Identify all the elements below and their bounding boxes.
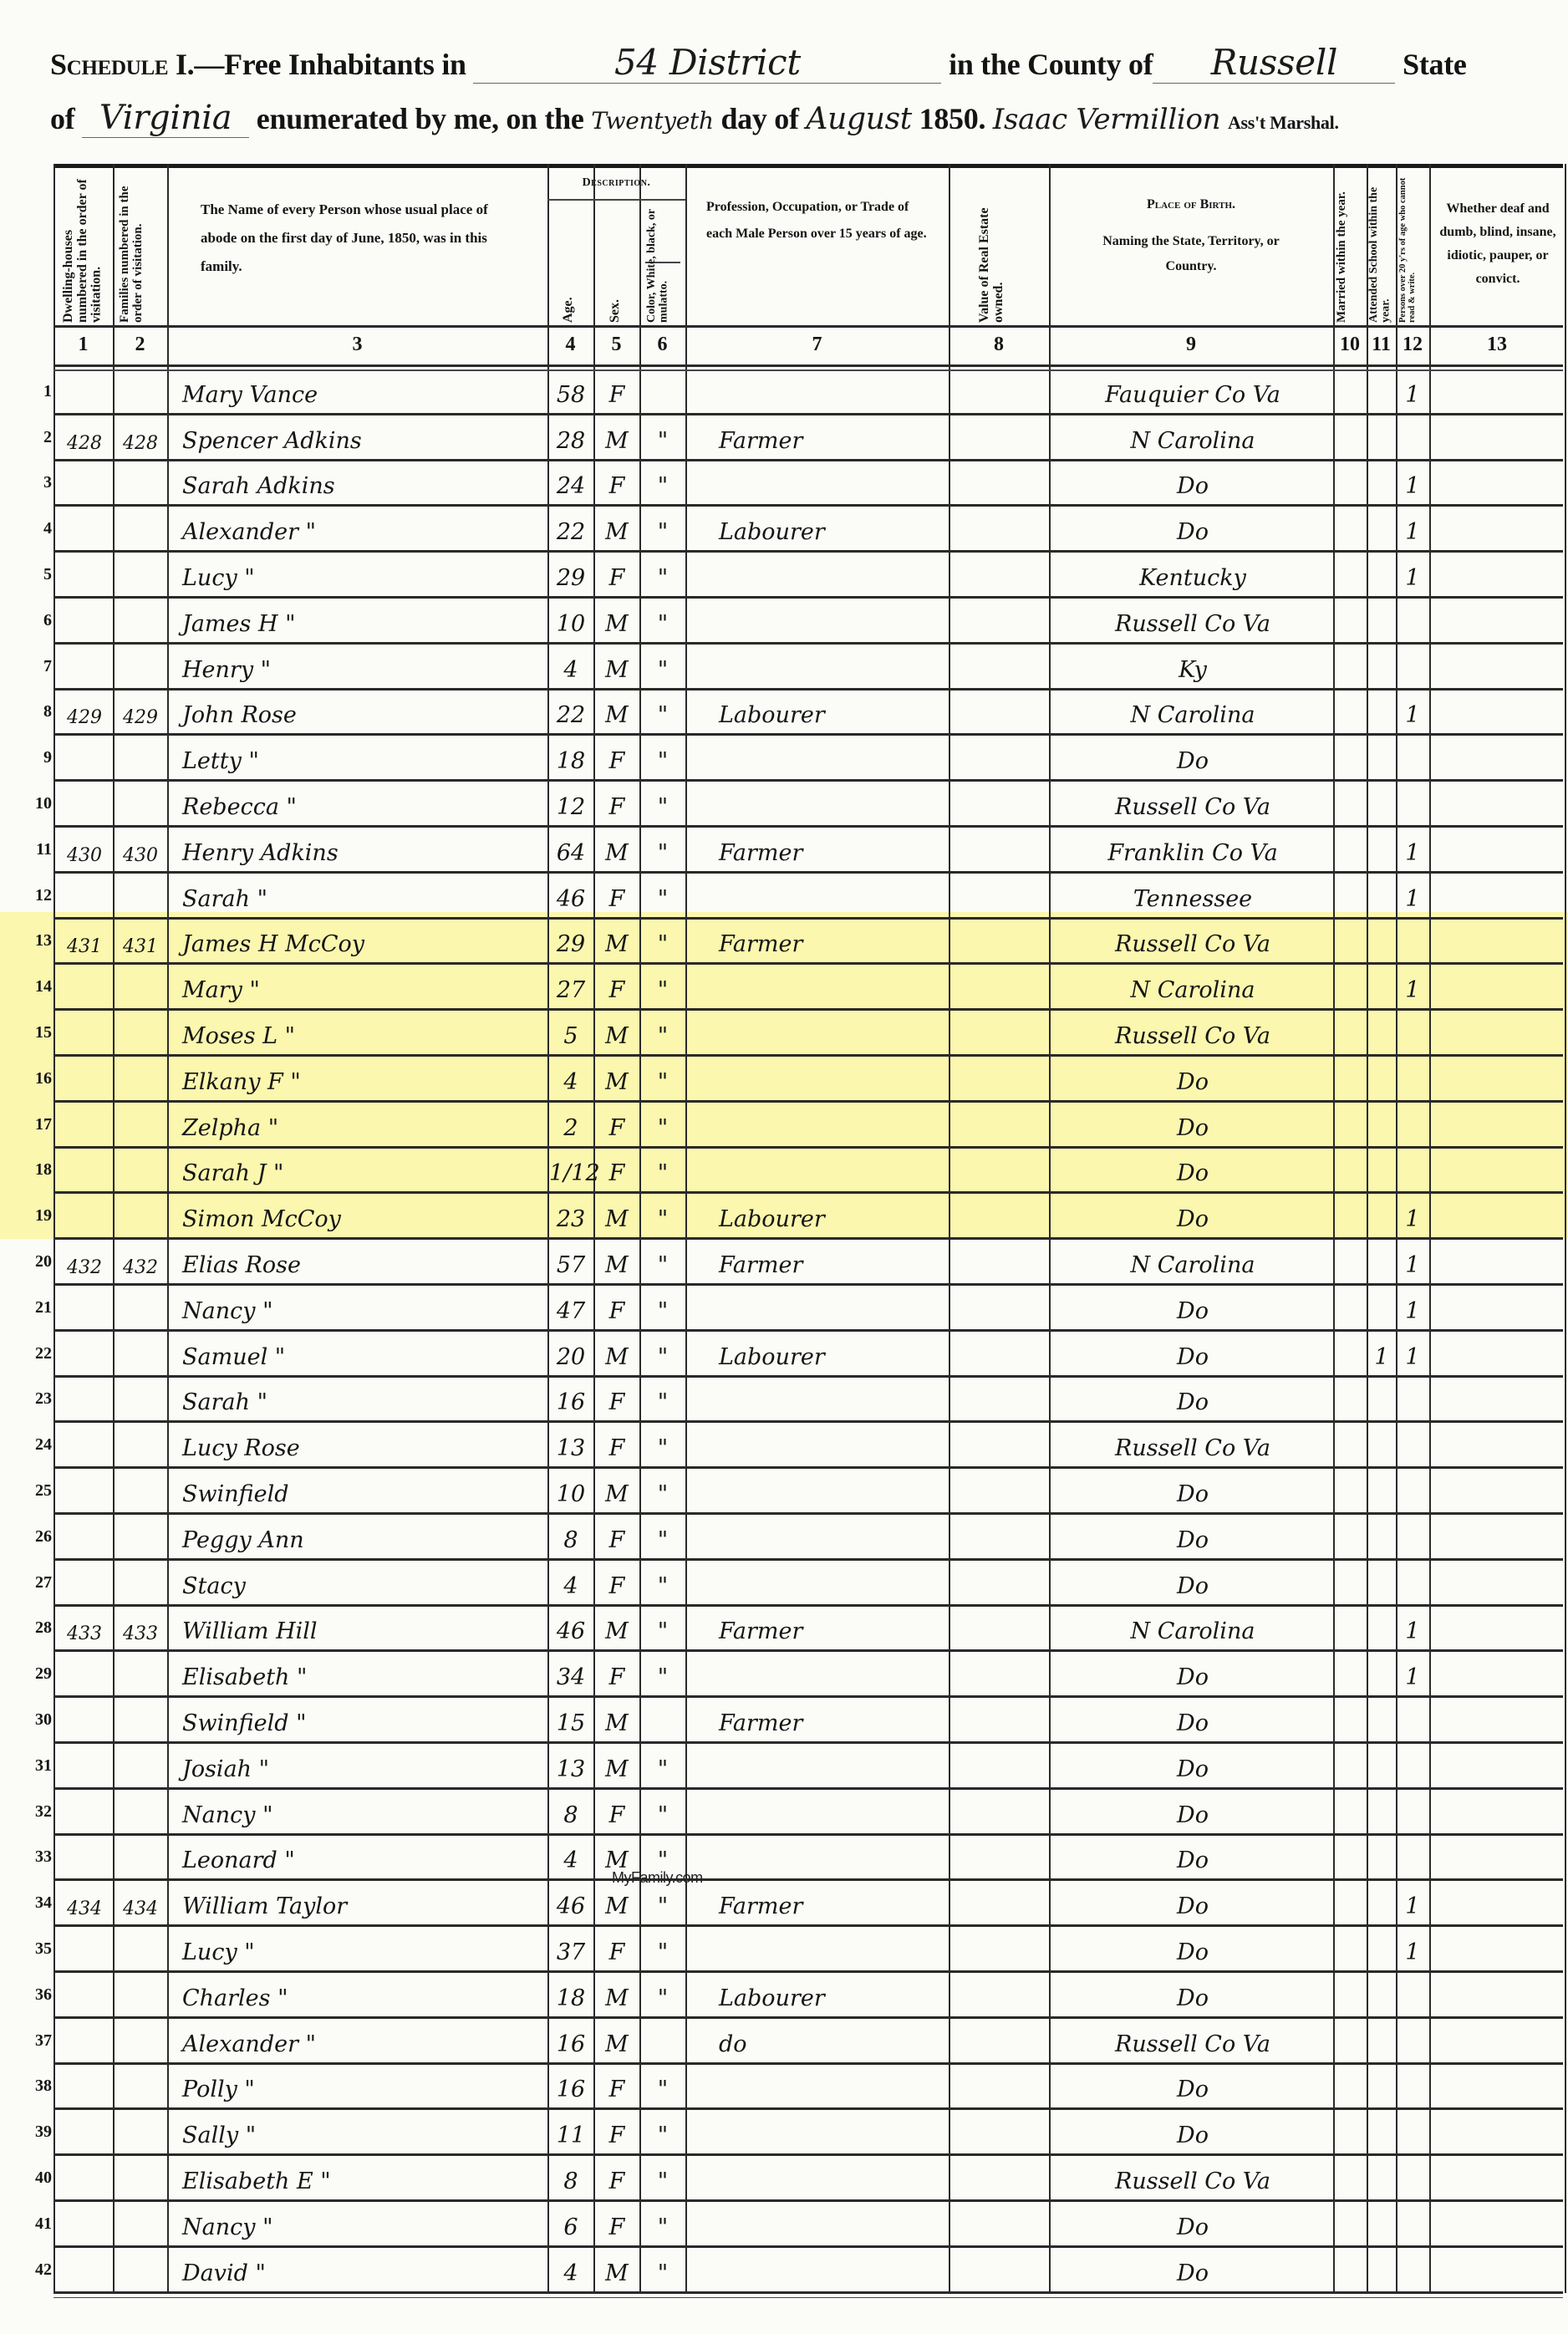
cannot-read-write: 1 (1397, 1252, 1428, 1278)
table-row: 37Alexander "16MdoRussell Co Va (0, 2016, 1568, 2062)
table-row: 30Swinfield "15MFarmerDo (0, 1695, 1568, 1741)
birthplace: Do (1055, 1206, 1331, 1232)
birthplace: Do (1055, 2077, 1331, 2102)
age: 64 (549, 840, 593, 866)
color: " (641, 2077, 685, 2102)
birthplace: Do (1055, 1985, 1331, 2011)
sex: M (595, 2031, 639, 2057)
age: 16 (549, 1389, 593, 1415)
cannot-read-write: 1 (1397, 1298, 1428, 1324)
cannot-read-write: 1 (1397, 565, 1428, 591)
line-number: 27 (2, 1573, 52, 1593)
color: " (641, 1756, 685, 1782)
person-name: Swinfield (182, 1481, 289, 1507)
age: 8 (549, 1527, 593, 1553)
occupation: Farmer (719, 1710, 802, 1736)
line-number: 29 (2, 1664, 52, 1684)
color: " (641, 1939, 685, 1965)
table-row: 39Sally "11F"Do (0, 2107, 1568, 2153)
dwelling-number: 433 (59, 1623, 110, 1644)
sex: F (595, 1115, 639, 1141)
person-name: Nancy " (182, 2214, 273, 2240)
dwelling-number: 431 (59, 936, 110, 957)
person-name: Swinfield " (182, 1710, 307, 1736)
cannot-read-write: 1 (1397, 1664, 1428, 1690)
table-row: 26Peggy Ann8F"Do (0, 1512, 1568, 1558)
dwelling-number: 428 (59, 433, 110, 454)
line-number: 13 (2, 931, 52, 950)
header-name: The Name of every Person whose usual pla… (201, 196, 527, 281)
column-number: 11 (1367, 334, 1396, 356)
year-label: 1850. (919, 102, 986, 135)
line-number: 17 (2, 1115, 52, 1134)
line-number: 10 (2, 794, 52, 813)
birthplace: Franklin Co Va (1055, 840, 1331, 866)
occupation: Farmer (719, 1252, 802, 1278)
person-name: Nancy " (182, 1298, 273, 1324)
person-name: Elias Rose (182, 1252, 301, 1278)
person-name: William Hill (182, 1618, 318, 1644)
line-number: 33 (2, 1847, 52, 1867)
person-name: Nancy " (182, 1802, 273, 1828)
age: 12 (549, 794, 593, 820)
header-description: Description. (547, 176, 685, 191)
birthplace: Do (1055, 1756, 1331, 1782)
header-married: Married within the year. (1336, 176, 1364, 323)
column-number: 8 (949, 334, 1049, 356)
age: 6 (549, 2214, 593, 2240)
sex: M (595, 931, 639, 957)
age: 28 (549, 428, 593, 454)
header-birthplace-title: Place of Birth. (1078, 196, 1304, 214)
table-row: 40Elisabeth E "8F"Russell Co Va (0, 2153, 1568, 2199)
line-number: 3 (2, 473, 52, 492)
cannot-read-write: 1 (1397, 840, 1428, 866)
person-name: Samuel " (182, 1344, 285, 1370)
age: 29 (549, 931, 593, 957)
dwelling-number: 430 (59, 845, 110, 866)
table-row: 5Lucy "29F"Kentucky1 (0, 550, 1568, 596)
line-number: 11 (2, 840, 52, 859)
color: " (641, 657, 685, 683)
line-number: 26 (2, 1527, 52, 1547)
color: " (641, 1573, 685, 1599)
age: 58 (549, 382, 593, 408)
line-number: 22 (2, 1344, 52, 1363)
table-row: 20432432Elias Rose57M"FarmerN Carolina1 (0, 1237, 1568, 1283)
person-name: James H " (182, 611, 296, 637)
age: 29 (549, 565, 593, 591)
birthplace: Do (1055, 1664, 1331, 1690)
table-row: 11430430Henry Adkins64M"FarmerFranklin C… (0, 825, 1568, 871)
county-field: Russell (1153, 42, 1395, 84)
family-number: 434 (115, 1898, 166, 1919)
occupation: Labourer (719, 1985, 825, 2011)
table-row: 12Sarah "46F"Tennessee1 (0, 871, 1568, 917)
marshal-signature: Isaac Vermillion (993, 103, 1220, 136)
birthplace: Russell Co Va (1055, 1435, 1331, 1461)
family-number: 432 (115, 1257, 166, 1278)
line-number: 28 (2, 1618, 52, 1638)
sex: F (595, 1160, 639, 1186)
table-row: 17Zelpha "2F"Do (0, 1100, 1568, 1146)
sex: M (595, 1710, 639, 1736)
column-number: 5 (593, 334, 639, 356)
table-row: 24Lucy Rose13F"Russell Co Va (0, 1420, 1568, 1466)
color: " (641, 473, 685, 499)
person-name: Henry " (182, 657, 271, 683)
day-field: Twentyeth (591, 107, 713, 135)
line-number: 5 (2, 565, 52, 584)
header-real-estate: Value of Real Estate owned. (978, 176, 1015, 323)
color: " (641, 1802, 685, 1828)
line-number: 38 (2, 2077, 52, 2096)
table-row: 18Sarah J "1/12F"Do (0, 1146, 1568, 1192)
person-name: Sarah " (182, 1389, 267, 1415)
birthplace: Do (1055, 1893, 1331, 1919)
table-row: 2428428Spencer Adkins28M"FarmerN Carolin… (0, 413, 1568, 459)
sex: M (595, 1252, 639, 1278)
age: 4 (549, 657, 593, 683)
day-of-label: day of (720, 102, 798, 135)
person-name: Mary " (182, 977, 260, 1003)
line-number: 7 (2, 657, 52, 676)
birthplace: Do (1055, 2123, 1331, 2148)
age: 20 (549, 1344, 593, 1370)
of-label: of (50, 102, 74, 135)
family-number: 433 (115, 1623, 166, 1644)
person-name: Polly " (182, 2077, 255, 2102)
table-row: 16Elkany F "4M"Do (0, 1054, 1568, 1100)
person-name: Mary Vance (182, 382, 318, 408)
person-name: Alexander " (182, 2031, 316, 2057)
table-row: 35Lucy "37F"Do1 (0, 1924, 1568, 1970)
birthplace: Do (1055, 1298, 1331, 1324)
age: 4 (549, 2260, 593, 2286)
color: " (641, 565, 685, 591)
sex: M (595, 1618, 639, 1644)
age: 57 (549, 1252, 593, 1278)
column-number: 12 (1396, 334, 1429, 356)
color: " (641, 1160, 685, 1186)
sex: F (595, 794, 639, 820)
sex: F (595, 2168, 639, 2194)
birthplace: N Carolina (1055, 1618, 1331, 1644)
column-number: 7 (685, 334, 949, 356)
district-field: 54 District (473, 42, 941, 84)
table-row: 19Simon McCoy23M"LabourerDo1 (0, 1191, 1568, 1237)
table-row: 1Mary Vance58FFauquier Co Va1 (0, 367, 1568, 413)
sex: M (595, 1756, 639, 1782)
color: " (641, 977, 685, 1003)
birthplace: Russell Co Va (1055, 1023, 1331, 1049)
line-number: 9 (2, 748, 52, 767)
person-name: Sarah J " (182, 1160, 283, 1186)
person-name: Moses L " (182, 1023, 295, 1049)
table-row: 3Sarah Adkins24F"Do1 (0, 459, 1568, 505)
header-illiterate: Persons over 20 y'rs of age who cannot r… (1398, 172, 1427, 323)
header-dwelling: Dwelling-houses numbered in the order of… (62, 172, 109, 323)
line-number: 25 (2, 1481, 52, 1501)
table-row: 15Moses L "5M"Russell Co Va (0, 1008, 1568, 1054)
family-number: 431 (115, 936, 166, 957)
header-color: Color, White, black, or mulatto. (646, 204, 681, 323)
line-number: 31 (2, 1756, 52, 1776)
sex: M (595, 1069, 639, 1095)
birthplace: Tennessee (1055, 886, 1331, 912)
person-name: Sally " (182, 2123, 256, 2148)
age: 22 (549, 519, 593, 545)
sex: F (595, 565, 639, 591)
age: 11 (549, 2123, 593, 2148)
county-label: in the County of (949, 48, 1153, 81)
birthplace: Do (1055, 1389, 1331, 1415)
color: " (641, 2260, 685, 2286)
age: 8 (549, 1802, 593, 1828)
birthplace: Fauquier Co Va (1055, 382, 1331, 408)
person-name: Alexander " (182, 519, 316, 545)
age: 18 (549, 1985, 593, 2011)
line-number: 30 (2, 1710, 52, 1730)
line-number: 4 (2, 519, 52, 538)
state-label: State (1403, 48, 1466, 81)
cannot-read-write: 1 (1397, 519, 1428, 545)
header-family: Families numbered in the order of visita… (119, 176, 162, 323)
line-number: 23 (2, 1389, 52, 1409)
color: " (641, 2123, 685, 2148)
line-number: 21 (2, 1298, 52, 1317)
person-name: Lucy " (182, 565, 255, 591)
sex: M (595, 840, 639, 866)
table-row: 31Josiah "13M"Do (0, 1741, 1568, 1787)
birthplace: Ky (1055, 657, 1331, 683)
person-name: Henry Adkins (182, 840, 339, 866)
enumerated-label: enumerated by me, on the (257, 102, 584, 135)
person-name: Zelpha " (182, 1115, 278, 1141)
age: 16 (549, 2077, 593, 2102)
person-name: Josiah " (182, 1756, 269, 1782)
age: 23 (549, 1206, 593, 1232)
birthplace: Do (1055, 1160, 1331, 1186)
line-number: 40 (2, 2168, 52, 2188)
family-number: 430 (115, 845, 166, 866)
color: " (641, 1115, 685, 1141)
birthplace: Russell Co Va (1055, 931, 1331, 957)
sex: M (595, 519, 639, 545)
age: 4 (549, 1069, 593, 1095)
row-rule (53, 2291, 1563, 2294)
person-name: Lucy Rose (182, 1435, 300, 1461)
line-number: 42 (2, 2260, 52, 2280)
person-name: Letty " (182, 748, 259, 774)
line-number: 15 (2, 1023, 52, 1042)
age: 47 (549, 1298, 593, 1324)
person-name: Lucy " (182, 1939, 255, 1965)
cannot-read-write: 1 (1397, 382, 1428, 408)
table-row: 36Charles "18M"LabourerDo (0, 1970, 1568, 2016)
color: " (641, 1985, 685, 2011)
header-school: Attended School within the year. (1368, 176, 1395, 323)
table-row: 6James H "10M"Russell Co Va (0, 596, 1568, 642)
birthplace: Do (1055, 1710, 1331, 1736)
color: " (641, 519, 685, 545)
birthplace: Do (1055, 1115, 1331, 1141)
sex: F (595, 1389, 639, 1415)
person-name: Simon McCoy (182, 1206, 341, 1232)
cannot-read-write: 1 (1397, 1206, 1428, 1232)
color: " (641, 1023, 685, 1049)
birthplace: Do (1055, 1573, 1331, 1599)
line-number: 2 (2, 428, 52, 447)
age: 4 (549, 1847, 593, 1873)
age: 37 (549, 1939, 593, 1965)
sex: F (595, 2077, 639, 2102)
cannot-read-write: 1 (1397, 473, 1428, 499)
line-number: 12 (2, 886, 52, 905)
birthplace: N Carolina (1055, 1252, 1331, 1278)
birthplace: Do (1055, 2214, 1331, 2240)
birthplace: Do (1055, 1847, 1331, 1873)
cannot-read-write: 1 (1397, 702, 1428, 728)
person-name: John Rose (182, 702, 297, 728)
color: " (641, 1389, 685, 1415)
month-field: August (806, 102, 912, 136)
person-name: William Taylor (182, 1893, 347, 1919)
line-number: 37 (2, 2031, 52, 2051)
person-name: Leonard " (182, 1847, 295, 1873)
column-number: 4 (547, 334, 593, 356)
occupation: Farmer (719, 931, 802, 957)
sex: M (595, 611, 639, 637)
table-row: 33Leonard "4M"Do (0, 1833, 1568, 1879)
dwelling-number: 432 (59, 1257, 110, 1278)
sex: M (595, 1481, 639, 1507)
table-top-rule (53, 164, 1563, 168)
birthplace: Russell Co Va (1055, 2031, 1331, 2057)
age: 16 (549, 2031, 593, 2057)
enumeration-line: of Virginia enumerated by me, on the Twe… (50, 99, 1339, 138)
table-row: 42David "4M"Do (0, 2245, 1568, 2291)
dwelling-number: 434 (59, 1898, 110, 1919)
sex: M (595, 2260, 639, 2286)
color: " (641, 1664, 685, 1690)
birthplace: Do (1055, 1939, 1331, 1965)
sex: F (595, 1664, 639, 1690)
sex: M (595, 1893, 639, 1919)
birthplace: Kentucky (1055, 565, 1331, 591)
schedule-title-line: Schedule I.—Free Inhabitants in 54 Distr… (50, 42, 1467, 84)
birthplace: Do (1055, 1527, 1331, 1553)
birthplace: Do (1055, 473, 1331, 499)
description-subrule (547, 199, 685, 201)
family-number: 429 (115, 707, 166, 728)
age: 2 (549, 1115, 593, 1141)
marshal-label: Ass't Marshal. (1228, 112, 1339, 133)
sex: F (595, 1298, 639, 1324)
birthplace: Do (1055, 748, 1331, 774)
line-number: 6 (2, 611, 52, 630)
color: " (641, 1435, 685, 1461)
color: " (641, 931, 685, 957)
birthplace: N Carolina (1055, 977, 1331, 1003)
table-row: 34434434William Taylor46M"FarmerDo1 (0, 1878, 1568, 1924)
cannot-read-write: 1 (1397, 1344, 1428, 1370)
person-name: James H McCoy (182, 931, 364, 957)
age: 34 (549, 1664, 593, 1690)
attended-school: 1 (1367, 1344, 1396, 1370)
table-row: 27Stacy4F"Do (0, 1558, 1568, 1604)
age: 5 (549, 1023, 593, 1049)
color: " (641, 1252, 685, 1278)
table-bottom-rule (53, 2297, 1563, 2299)
sex: F (595, 473, 639, 499)
line-number: 34 (2, 1893, 52, 1913)
sex: F (595, 382, 639, 408)
age: 15 (549, 1710, 593, 1736)
birthplace: Russell Co Va (1055, 2168, 1331, 2194)
age: 22 (549, 702, 593, 728)
occupation: Labourer (719, 1206, 825, 1232)
sex: M (595, 1985, 639, 2011)
line-number: 16 (2, 1069, 52, 1088)
person-name: Sarah Adkins (182, 473, 335, 499)
column-number: 2 (113, 334, 167, 356)
sex: F (595, 1435, 639, 1461)
birthplace: N Carolina (1055, 428, 1331, 454)
occupation: Farmer (719, 1618, 802, 1644)
color: " (641, 794, 685, 820)
table-row: 14Mary "27F"N Carolina1 (0, 962, 1568, 1008)
person-name: Spencer Adkins (182, 428, 362, 454)
person-name: Peggy Ann (182, 1527, 304, 1553)
color: " (641, 1481, 685, 1507)
sex: M (595, 1344, 639, 1370)
column-number: 13 (1429, 334, 1565, 356)
sex: F (595, 2214, 639, 2240)
table-row: 32Nancy "8F"Do (0, 1787, 1568, 1833)
sex: F (595, 1527, 639, 1553)
header-disability: Whether deaf and dumb, blind, insane, id… (1431, 197, 1565, 291)
age: 4 (549, 1573, 593, 1599)
sex: F (595, 886, 639, 912)
schedule-number: Schedule I. (50, 48, 194, 81)
color: " (641, 1893, 685, 1919)
table-row: 4Alexander "22M"LabourerDo1 (0, 504, 1568, 550)
table-row: 9Letty "18F"Do (0, 733, 1568, 779)
header-age: Age. (562, 273, 580, 323)
line-number: 19 (2, 1206, 52, 1226)
column-number: 1 (53, 334, 113, 356)
color: " (641, 702, 685, 728)
occupation: Labourer (719, 702, 825, 728)
table-row: 13431431James H McCoy29M"FarmerRussell C… (0, 917, 1568, 963)
person-name: Elisabeth " (182, 1664, 307, 1690)
cannot-read-write: 1 (1397, 1939, 1428, 1965)
color: " (641, 1344, 685, 1370)
color: " (641, 1527, 685, 1553)
table-row: 21Nancy "47F"Do1 (0, 1283, 1568, 1329)
birthplace: Do (1055, 1344, 1331, 1370)
cannot-read-write: 1 (1397, 1893, 1428, 1919)
age: 13 (549, 1756, 593, 1782)
schedule-title: —Free Inhabitants in (194, 48, 466, 81)
sex: M (595, 1206, 639, 1232)
line-number: 8 (2, 702, 52, 721)
header-birthplace-sub: Naming the State, Territory, or Country. (1078, 229, 1304, 280)
age: 10 (549, 611, 593, 637)
color: " (641, 840, 685, 866)
birthplace: Russell Co Va (1055, 611, 1331, 637)
